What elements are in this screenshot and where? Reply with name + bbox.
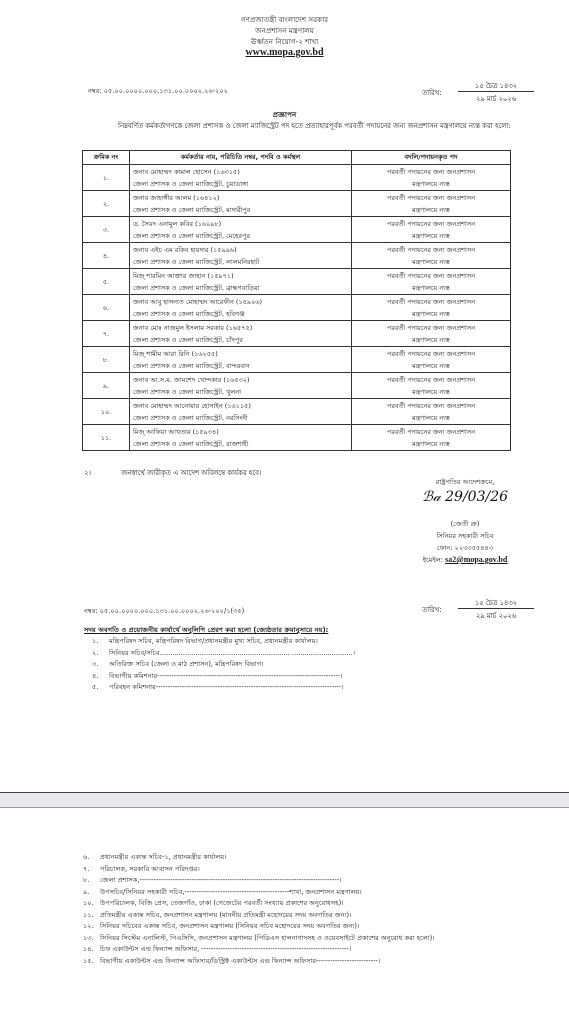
list-item: ২.সিনিয়র সচিব/সচিব.....................…	[92, 648, 355, 660]
officer-cell: জনাব জাহাঙ্গীর আলম (১৬৪১২)জেলা প্রশাসক ও…	[130, 191, 352, 217]
officer-cell: জনাব মোঃ নাজমুল ইসলাম সরকার (১৬৫৭৫)জেলা …	[130, 321, 352, 347]
new-post-cell: পরবর্তী পদায়নের জন্য জনপ্রশাসনমন্ত্রণাল…	[352, 295, 511, 321]
date-label: তারিখ:	[422, 604, 442, 616]
clause-text: জনস্বার্থে জারীকৃত এ আদেশ অবিলম্বে কার্য…	[121, 469, 261, 477]
item-number: ১৪.	[83, 944, 100, 956]
item-number: ১০.	[83, 898, 100, 910]
officer-name: জনাব মোঃ নাজমুল ইসলাম সরকার (১৬৫৭৫)	[133, 322, 348, 334]
serial-cell: ৫.	[83, 269, 130, 295]
new-post-cell: পরবর্তী পদায়নের জন্য জনপ্রশাসনমন্ত্রণাল…	[352, 191, 511, 217]
officer-cell: জনাব মোহাম্মদ কামাল হোসেন (১৬৩১৫)জেলা প্…	[130, 165, 352, 191]
item-text: সিনিয়র সচিবের একান্ত সচিব, জনপ্রশাসন মন…	[100, 922, 359, 930]
new-post-line2: মন্ত্রণালয়ে ন্যস্ত	[355, 308, 507, 320]
new-post-line2: মন্ত্রণালয়ে ন্যস্ত	[355, 334, 507, 346]
item-number: ৮.	[83, 875, 100, 887]
item-text: উপপরিচালক, বিজি প্রেস, তেজগাঁও, ঢাকা (গে…	[100, 899, 344, 907]
list-item: ৪.বিভাগীয় কমিশনার----------------------…	[92, 671, 355, 683]
item-text: সিনিয়র সিস্টেম এনালিস্ট, পিএসিসি, জনপ্র…	[100, 934, 435, 942]
officer-name: মিজ্ শামীম আরা রিনি (১৬২৫৫)	[133, 348, 348, 360]
new-post-line1: পরবর্তী পদায়নের জন্য জনপ্রশাসন	[355, 426, 507, 438]
new-post-cell: পরবর্তী পদায়নের জন্য জনপ্রশাসনমন্ত্রণাল…	[352, 165, 511, 191]
list-item: ৩.অতিরিক্ত সচিব (জেলা ও মাঠ প্রশাসন), মন…	[92, 659, 355, 671]
new-post-line1: পরবর্তী পদায়নের জন্য জনপ্রশাসন	[355, 166, 507, 178]
officer-name: জনাব মোহাম্মদ কামাল হোসেন (১৬৩১৫)	[133, 166, 348, 178]
copy-memo-number: নম্বর: ০৫.০০.০০০০.০০০.১৩১.০০.০০০২.২৬-২০২…	[84, 605, 244, 617]
list-item: ১.মন্ত্রিপরিষদ সচিব, মন্ত্রিপরিষদ বিভাগ/…	[92, 636, 355, 648]
officer-post: জেলা প্রশাসক ও জেলা ম্যাজিস্ট্রেট, হবিগঞ…	[133, 308, 348, 320]
new-post-cell: পরবর্তী পদায়নের জন্য জনপ্রশাসনমন্ত্রণাল…	[352, 425, 511, 451]
item-text: প্রধানমন্ত্রীর একান্ত সচিব-১, প্রধানমন্ত…	[100, 853, 227, 861]
officer-name: জনাব জাহাঙ্গীর আলম (১৬৪১২)	[133, 192, 348, 204]
new-post-cell: পরবর্তী পদায়নের জন্য জনপ্রশাসনমন্ত্রণাল…	[352, 373, 511, 399]
new-post-cell: পরবর্তী পদায়নের জন্য জনপ্রশাসনমন্ত্রণাল…	[352, 269, 511, 295]
copy-list-page2: ৬.প্রধানমন্ত্রীর একান্ত সচিব-১, প্রধানমন…	[83, 852, 435, 967]
header-serial: ক্রমিক নং	[83, 151, 130, 165]
ministry-name: জনপ্রশাসন মন্ত্রণালয়	[0, 25, 569, 36]
signature-icon: ℬ𝒶 29/03/26	[385, 488, 545, 518]
serial-cell: ৮.	[83, 347, 130, 373]
officer-name: ড. সৈয়দ এনামুল কবির (১৬০৯৮)	[133, 218, 348, 230]
item-number: ১৩.	[83, 933, 100, 945]
list-item: ৬.প্রধানমন্ত্রীর একান্ত সচিব-১, প্রধানমন…	[83, 852, 435, 864]
serial-cell: ১০.	[83, 399, 130, 425]
new-post-line2: মন্ত্রণালয়ে ন্যস্ত	[355, 412, 507, 424]
signatory-email: ইমেইল: sa2@mopa.gov.bd	[385, 554, 545, 566]
item-number: ৭.	[83, 864, 100, 876]
serial-cell: ১১.	[83, 425, 130, 451]
memo-number: নম্বর: ০৫.০০.০০০০.০০০.১৩১.০০.০০০২.২৬-২০২	[88, 85, 228, 97]
serial-cell: ২.	[83, 191, 130, 217]
list-item: ১৫.বিভাগীয় একাউন্টস এন্ড ফিন্যান্স অফিস…	[83, 956, 435, 968]
new-post-line2: মন্ত্রণালয়ে ন্যস্ত	[355, 178, 507, 190]
copy-list-page1: ১.মন্ত্রিপরিষদ সচিব, মন্ত্রিপরিষদ বিভাগ/…	[92, 636, 355, 694]
table-row: ১.জনাব মোহাম্মদ কামাল হোসেন (১৬৩১৫)জেলা …	[83, 165, 511, 191]
item-number: ৬.	[83, 852, 100, 864]
officer-post: জেলা প্রশাসক ও জেলা ম্যাজিস্ট্রেট, চাঁদপ…	[133, 334, 348, 346]
signatory-phone: ফোন: ২২৩৩৫৫৪৪৩	[385, 542, 545, 554]
list-item: ১৩.সিনিয়র সিস্টেম এনালিস্ট, পিএসিসি, জন…	[83, 933, 435, 945]
officer-post: জেলা প্রশাসক ও জেলা ম্যাজিস্ট্রেট, রাজশা…	[133, 438, 348, 450]
officer-cell: জনাব আবু হাসনাত মোহাম্মদ আরেফীন (১৫৯০৬)জ…	[130, 295, 352, 321]
header-officer: কর্মকর্তার নাম, পরিচিতি নম্বর, পদবি ও কর…	[130, 151, 352, 165]
list-item: ১০.উপপরিচালক, বিজি প্রেস, তেজগাঁও, ঢাকা …	[83, 898, 435, 910]
officer-cell: মিজ্ আফিয়া আখতার (১৫৯৩৪)জেলা প্রশাসক ও …	[130, 425, 352, 451]
date-label: তারিখ:	[422, 87, 442, 99]
table-header-row: ক্রমিক নং কর্মকর্তার নাম, পরিচিতি নম্বর,…	[83, 151, 511, 165]
item-text: বিভাগীয় একাউন্টস এন্ড ফিন্যান্স অফিসার/…	[100, 957, 380, 965]
new-post-cell: পরবর্তী পদায়নের জন্য জনপ্রশাসনমন্ত্রণাল…	[352, 217, 511, 243]
table-row: ১০.জনাব মোহাম্মদ আনোয়ার হোসাইন (১৬১১৫)জ…	[83, 399, 511, 425]
item-text: সিনিয়র সচিব/সচিব.......................…	[109, 649, 355, 657]
item-text: পরিচালক, সরকারি আবাসন পরিদপ্তর।	[100, 865, 200, 873]
signatory-designation: সিনিয়র সহকারী সচিব	[385, 530, 545, 542]
memo-date: তারিখ: ১৫ চৈত্র ১৪৩২ ২৯ মার্চ ২০২৬	[422, 80, 542, 108]
table-row: ৮.মিজ্ শামীম আরা রিনি (১৬২৫৫)জেলা প্রশাস…	[83, 347, 511, 373]
new-post-line1: পরবর্তী পদায়নের জন্য জনপ্রশাসন	[355, 374, 507, 386]
officer-post: জেলা প্রশাসক ও জেলা ম্যাজিস্ট্রেট, নরসিং…	[133, 412, 348, 424]
date-gregorian: ২৯ মার্চ ২০২৬	[460, 93, 532, 105]
table-row: ৭.জনাব মোঃ নাজমুল ইসলাম সরকার (১৬৫৭৫)জেল…	[83, 321, 511, 347]
list-item: ৯.উপসচিব/সিনিয়র সহকারী সচিব,-----------…	[83, 887, 435, 899]
order-line: রাষ্ট্রপতির আদেশক্রমে,	[385, 476, 545, 488]
new-post-line1: পরবর্তী পদায়নের জন্য জনপ্রশাসন	[355, 322, 507, 334]
item-number: ১৫.	[83, 956, 100, 968]
intro-paragraph: নিম্নবর্ণিত কর্মকর্তাগণকে জেলা প্রশাসক ও…	[84, 120, 514, 133]
item-text: অতিরিক্ত সচিব (জেলা ও মাঠ প্রশাসন), মন্ত…	[109, 660, 264, 668]
table-row: ৯.জনাব আ.স.ম. জামশেদ খোন্দকার (১৬৫৩২)জেল…	[83, 373, 511, 399]
date-divider	[458, 608, 534, 609]
table-row: ৪.জনাব এইচ এম রকিব হায়দার (১৫৯৯৬)জেলা প…	[83, 243, 511, 269]
table-row: ৩.ড. সৈয়দ এনামুল কবির (১৬০৯৮)জেলা প্রশা…	[83, 217, 511, 243]
new-post-cell: পরবর্তী পদায়নের জন্য জনপ্রশাসনমন্ত্রণাল…	[352, 347, 511, 373]
serial-cell: ৬.	[83, 295, 130, 321]
serial-cell: ৯.	[83, 373, 130, 399]
item-text: উপসচিব/সিনিয়র সহকারী সচিব,-------------…	[100, 888, 362, 896]
officer-name: জনাব আবু হাসনাত মোহাম্মদ আরেফীন (১৫৯০৬)	[133, 296, 348, 308]
new-post-line2: মন্ত্রণালয়ে ন্যস্ত	[355, 360, 507, 372]
copy-memo-date: তারিখ: ১৫ চৈত্র ১৪৩২ ২৯ মার্চ ২০২৬	[422, 597, 542, 625]
officer-post: জেলা প্রশাসক ও জেলা ম্যাজিস্ট্রেট, বান্দ…	[133, 360, 348, 372]
officer-name: জনাব মোহাম্মদ আনোয়ার হোসাইন (১৬১১৫)	[133, 400, 348, 412]
item-number: ৩.	[92, 659, 109, 671]
new-post-line1: পরবর্তী পদায়নের জন্য জনপ্রশাসন	[355, 400, 507, 412]
transfer-table: ক্রমিক নং কর্মকর্তার নাম, পরিচিতি নম্বর,…	[82, 150, 511, 451]
table-row: ২.জনাব জাহাঙ্গীর আলম (১৬৪১২)জেলা প্রশাসক…	[83, 191, 511, 217]
item-number: ১১.	[83, 910, 100, 922]
new-post-line1: পরবর্তী পদায়নের জন্য জনপ্রশাসন	[355, 218, 507, 230]
list-item: ১৪.চিফ একাউন্টস এন্ড ফিন্যান্স অফিসার, -…	[83, 944, 435, 956]
serial-cell: ৭.	[83, 321, 130, 347]
item-text: চিফ একাউন্টস এন্ড ফিন্যান্স অফিসার, ----…	[100, 945, 351, 953]
item-text: বিভাগীয় কমিশনার------------------------…	[109, 672, 343, 680]
officer-cell: জনাব মোহাম্মদ আনোয়ার হোসাইন (১৬১১৫)জেলা…	[130, 399, 352, 425]
item-text: প্রতিমন্ত্রীর একান্ত সচিব, জনপ্রশাসন মন্…	[100, 911, 351, 919]
officer-name: মিজ্ শারমিন আক্তার জাহান (১৫৯৭১)	[133, 270, 348, 282]
branch-name: ঊর্ধ্বতন নিয়োগ-২ শাখা	[0, 36, 569, 47]
new-post-cell: পরবর্তী পদায়নের জন্য জনপ্রশাসনমন্ত্রণাল…	[352, 399, 511, 425]
item-text: পরিবহন কমিশনার--------------------------…	[109, 683, 344, 691]
serial-cell: ৩.	[83, 217, 130, 243]
date-gregorian: ২৯ মার্চ ২০২৬	[460, 610, 532, 622]
email-link[interactable]: sa2@mopa.gov.bd	[445, 555, 507, 564]
serial-cell: ৪.	[83, 243, 130, 269]
table-row: ৬.জনাব আবু হাসনাত মোহাম্মদ আরেফীন (১৫৯০৬…	[83, 295, 511, 321]
new-post-line2: মন্ত্রণালয়ে ন্যস্ত	[355, 230, 507, 242]
officer-cell: জনাব আ.স.ম. জামশেদ খোন্দকার (১৬৫৩২)জেলা …	[130, 373, 352, 399]
officer-post: জেলা প্রশাসক ও জেলা ম্যাজিস্ট্রেট, মাদার…	[133, 204, 348, 216]
officer-cell: ড. সৈয়দ এনামুল কবির (১৬০৯৮)জেলা প্রশাসক…	[130, 217, 352, 243]
officer-name: জনাব এইচ এম রকিব হায়দার (১৫৯৯৬)	[133, 244, 348, 256]
new-post-line1: পরবর্তী পদায়নের জন্য জনপ্রশাসন	[355, 192, 507, 204]
letterhead: গণপ্রজাতন্ত্রী বাংলাদেশ সরকার জনপ্রশাসন …	[0, 14, 569, 58]
new-post-line1: পরবর্তী পদায়নের জন্য জনপ্রশাসন	[355, 296, 507, 308]
new-post-line2: মন্ত্রণালয়ে ন্যস্ত	[355, 438, 507, 450]
date-divider	[458, 91, 534, 92]
new-post-cell: পরবর্তী পদায়নের জন্য জনপ্রশাসনমন্ত্রণাল…	[352, 321, 511, 347]
table-row: ১১.মিজ্ আফিয়া আখতার (১৫৯৩৪)জেলা প্রশাসক…	[83, 425, 511, 451]
item-text: জেলা প্রশাসক,---------------------------…	[100, 876, 342, 884]
officer-cell: জনাব এইচ এম রকিব হায়দার (১৫৯৯৬)জেলা প্র…	[130, 243, 352, 269]
list-item: ১১.প্রতিমন্ত্রীর একান্ত সচিব, জনপ্রশাসন …	[83, 910, 435, 922]
new-post-line2: মন্ত্রণালয়ে ন্যস্ত	[355, 256, 507, 268]
item-number: ৪.	[92, 671, 109, 683]
serial-cell: ১.	[83, 165, 130, 191]
signatory-name: (জেতী প্রু)	[385, 518, 545, 530]
header-new-post: বদলি/পদায়নকৃত পদ	[352, 151, 511, 165]
new-post-line2: মন্ত্রণালয়ে ন্যস্ত	[355, 204, 507, 216]
page-break	[0, 792, 569, 808]
new-post-line2: মন্ত্রণালয়ে ন্যস্ত	[355, 282, 507, 294]
item-number: ৯.	[83, 887, 100, 899]
new-post-cell: পরবর্তী পদায়নের জন্য জনপ্রশাসনমন্ত্রণাল…	[352, 243, 511, 269]
officer-name: মিজ্ আফিয়া আখতার (১৫৯৩৪)	[133, 426, 348, 438]
officer-post: জেলা প্রশাসক ও জেলা ম্যাজিস্ট্রেট, মেহের…	[133, 230, 348, 242]
officer-post: জেলা প্রশাসক ও জেলা ম্যাজিস্ট্রেট, ব্রাহ…	[133, 282, 348, 294]
copy-heading: সদয় অবগতি ও প্রয়োজনীয় কার্যার্থে অনুল…	[84, 624, 328, 636]
officer-name: জনাব আ.স.ম. জামশেদ খোন্দকার (১৬৫৩২)	[133, 374, 348, 386]
item-number: ১২.	[83, 921, 100, 933]
government-name: গণপ্রজাতন্ত্রী বাংলাদেশ সরকার	[0, 14, 569, 25]
officer-post: জেলা প্রশাসক ও জেলা ম্যাজিস্ট্রেট, খুলনা	[133, 386, 348, 398]
signature-block: রাষ্ট্রপতির আদেশক্রমে, ℬ𝒶 29/03/26 (জেতী…	[385, 476, 545, 566]
email-label: ইমেইল:	[423, 556, 443, 564]
item-text: মন্ত্রিপরিষদ সচিব, মন্ত্রিপরিষদ বিভাগ/প্…	[109, 637, 318, 645]
list-item: ১২.সিনিয়র সচিবের একান্ত সচিব, জনপ্রশাসন…	[83, 921, 435, 933]
clause-number: ২।	[84, 469, 91, 477]
officer-cell: মিজ্ শামীম আরা রিনি (১৬২৫৫)জেলা প্রশাসক …	[130, 347, 352, 373]
list-item: ৭.পরিচালক, সরকারি আবাসন পরিদপ্তর।	[83, 864, 435, 876]
new-post-line1: পরবর্তী পদায়নের জন্য জনপ্রশাসন	[355, 244, 507, 256]
list-item: ৫.পরিবহন কমিশনার------------------------…	[92, 682, 355, 694]
officer-post: জেলা প্রশাসক ও জেলা ম্যাজিস্ট্রেট, চুয়া…	[133, 178, 348, 190]
table-row: ৫.মিজ্ শারমিন আক্তার জাহান (১৫৯৭১)জেলা প…	[83, 269, 511, 295]
website-link[interactable]: www.mopa.gov.bd	[0, 47, 569, 58]
officer-cell: মিজ্ শারমিন আক্তার জাহান (১৫৯৭১)জেলা প্র…	[130, 269, 352, 295]
new-post-line2: মন্ত্রণালয়ে ন্যস্ত	[355, 386, 507, 398]
list-item: ৮.জেলা প্রশাসক,-------------------------…	[83, 875, 435, 887]
new-post-line1: পরবর্তী পদায়নের জন্য জনপ্রশাসন	[355, 270, 507, 282]
new-post-line1: পরবর্তী পদায়নের জন্য জনপ্রশাসন	[355, 348, 507, 360]
item-number: ৫.	[92, 682, 109, 694]
officer-post: জেলা প্রশাসক ও জেলা ম্যাজিস্ট্রেট, লালমন…	[133, 256, 348, 268]
clause-2: ২। জনস্বার্থে জারীকৃত এ আদেশ অবিলম্বে কা…	[84, 467, 261, 480]
item-number: ১.	[92, 636, 109, 648]
item-number: ২.	[92, 648, 109, 660]
